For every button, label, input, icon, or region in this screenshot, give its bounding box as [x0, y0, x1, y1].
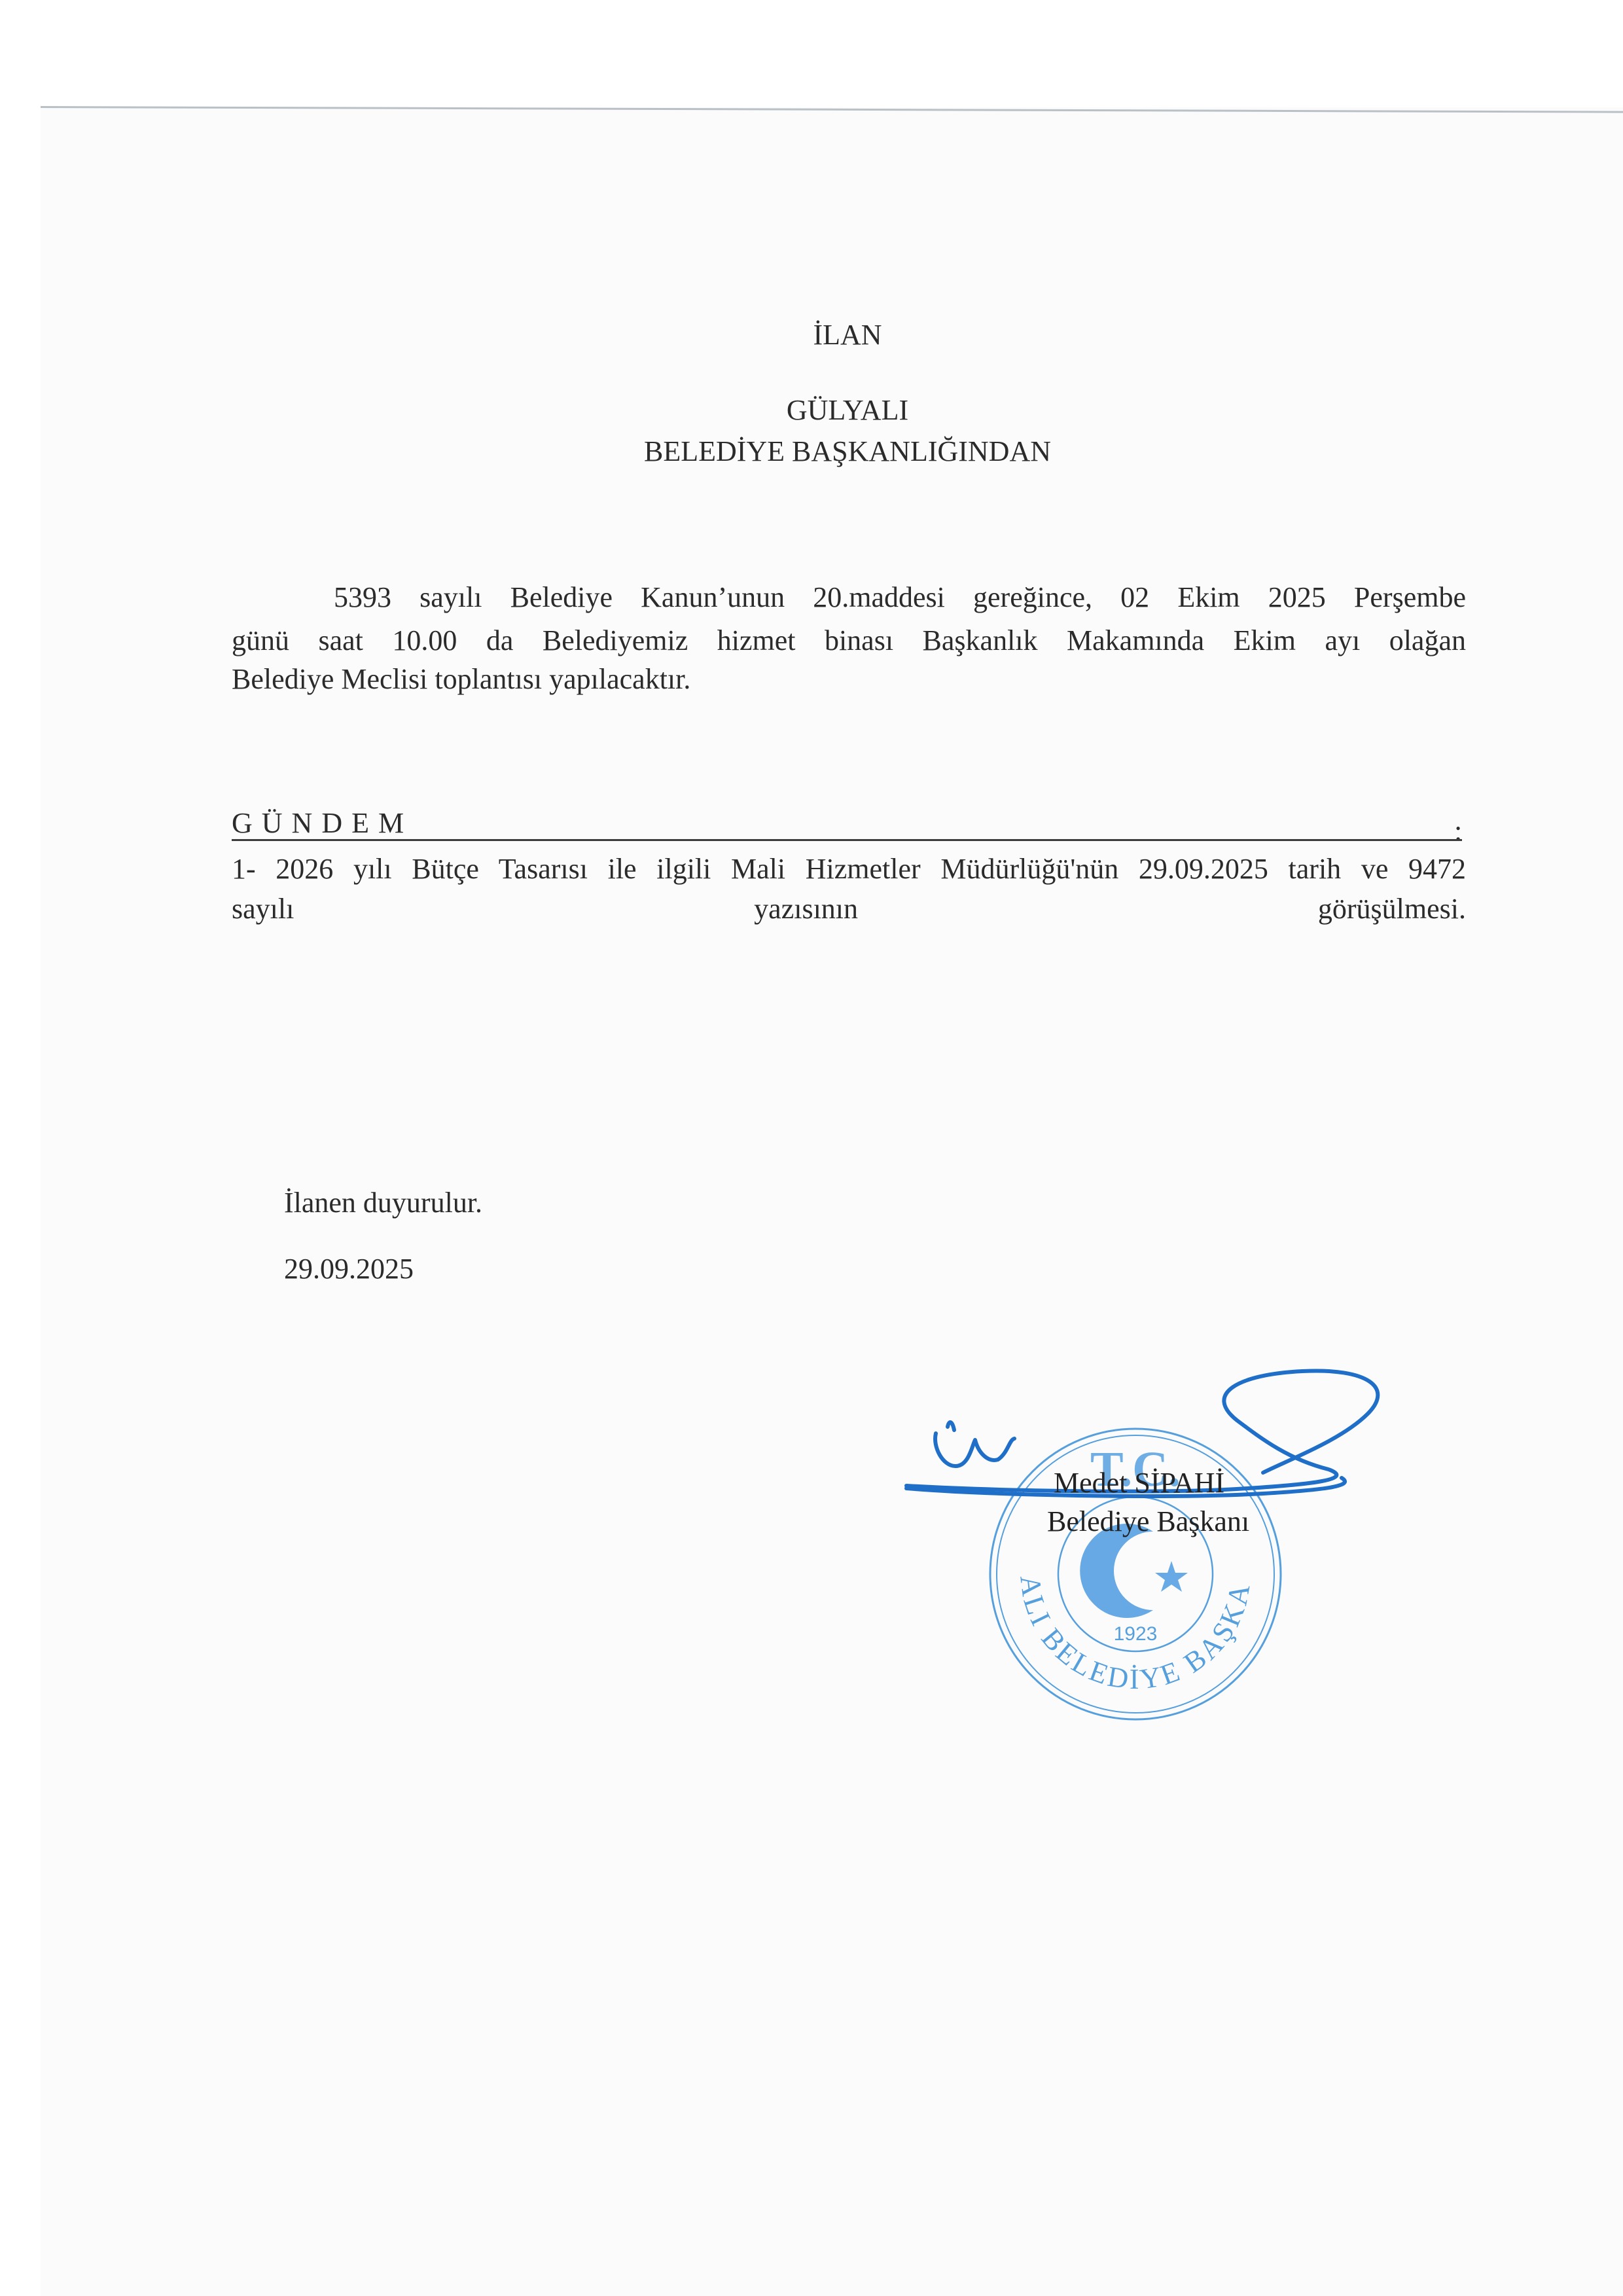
agenda-word: yazısının [754, 892, 858, 925]
agenda-item-1-line-1: 1- 2026 yılı Bütçe Tasarısı ile ilgili M… [232, 852, 1466, 886]
body-line-2: günü saat 10.00 da Belediyemiz hizmet bi… [232, 624, 1466, 657]
agenda-word: görüşülmesi. [1318, 892, 1466, 925]
agenda-word: sayılı [232, 892, 294, 925]
agenda-item-1-line-2: sayılıyazısınıngörüşülmesi. [232, 892, 1466, 925]
svg-text:1923: 1923 [1114, 1623, 1158, 1645]
agenda-colon: : [1454, 814, 1462, 848]
agenda-heading: GÜNDEM [232, 806, 413, 840]
issuer-office: BELEDİYE BAŞKANLIĞINDAN [0, 437, 1623, 466]
closing-statement: İlanen duyurulur. [284, 1186, 482, 1219]
signatory-name: Medet SİPAHİ [1054, 1466, 1224, 1499]
body-line-3: Belediye Meclisi toplantısı yapılacaktır… [232, 662, 1466, 696]
issuer-city: GÜLYALI [0, 396, 1623, 425]
document-title: İLAN [0, 321, 1623, 350]
document-date: 29.09.2025 [284, 1252, 414, 1285]
body-line-1: 5393 sayılı Belediye Kanun’unun 20.madde… [334, 581, 1466, 614]
agenda-underline [232, 839, 1462, 841]
signatory-title: Belediye Başkanı [1047, 1505, 1249, 1538]
